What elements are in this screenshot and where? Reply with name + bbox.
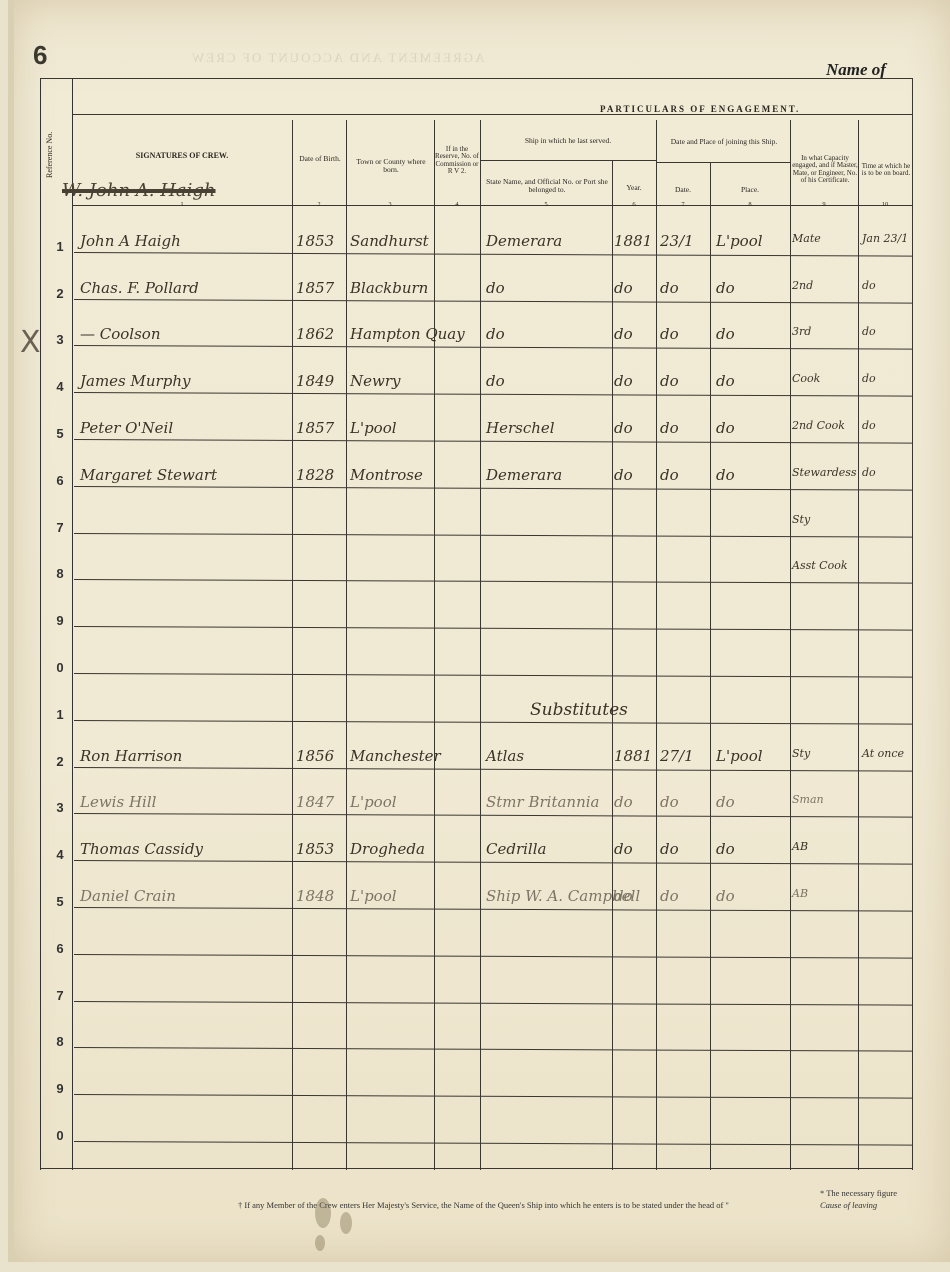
cell-ship: Cedrilla [486,840,546,858]
reference-number: 3 [50,800,70,815]
cell-dob: 1847 [296,793,334,811]
cell-place: do [716,793,735,811]
joining-group-rule [656,162,790,163]
ink-stain [315,1198,331,1228]
cell-year: do [614,325,633,343]
cell-capacity: Sman [792,793,824,806]
cell-year: do [614,840,633,858]
cell-year: do [614,466,633,484]
top-rule [40,78,913,79]
col-number: 6 [612,201,656,208]
cell-dob: 1857 [296,419,334,437]
cell-dob: 1853 [296,840,334,858]
cell-capacity: 2nd [792,279,813,292]
col-number: 4 [434,201,480,208]
col-header-dob: Date of Birth. [294,155,346,163]
reference-number: 0 [50,1128,70,1143]
cell-time: Jan 23/1 [862,232,908,245]
cell-ship: Stmr Britannia [486,793,600,811]
footnote-necessary-figure: * The necessary figure [820,1188,897,1198]
col-number: 2 [292,201,346,208]
cell-capacity: Mate [792,232,821,245]
reference-number: 9 [50,1081,70,1096]
header-rule [72,114,913,115]
cell-capacity: 2nd Cook [792,419,845,432]
cell-ship: Demerara [486,232,562,250]
cell-year: 1881 [614,747,652,765]
cell-name: — Coolson [80,325,161,343]
cell-date: do [660,466,679,484]
cell-born: L'pool [350,419,397,437]
cell-date: do [660,372,679,390]
cell-capacity: Stewardess [792,466,857,479]
cell-ship: do [486,279,505,297]
reference-number: 6 [50,941,70,956]
cell-dob: 1856 [296,747,334,765]
cell-time: do [862,279,876,292]
cell-year: do [614,372,633,390]
bleed-through-text: AGREEMENT AND ACCOUNT OF CREW [190,50,484,66]
cell-born: L'pool [350,793,397,811]
col-group-joining: Date and Place of joining this Ship. [658,138,790,146]
cell-name: Ron Harrison [80,747,182,765]
cell-place: do [716,887,735,905]
ink-stain [340,1212,352,1234]
cell-date: do [660,279,679,297]
cell-date: 27/1 [660,747,694,765]
cell-name: Thomas Cassidy [80,840,203,858]
cell-born: Manchester [350,747,434,765]
cell-date: do [660,325,679,343]
cell-ship: do [486,372,505,390]
reference-number: 2 [50,754,70,769]
col-number: 3 [346,201,434,208]
col-number: 5 [480,201,612,208]
col-header-signatures: SIGNATURES OF CREW. [72,152,292,160]
cell-place: do [716,325,735,343]
reference-number: 1 [50,707,70,722]
cell-capacity: AB [792,887,808,900]
reference-number: 3 [50,332,70,347]
footnote-main: † If any Member of the Crew enters Her M… [238,1200,729,1210]
cell-name: James Murphy [80,372,190,390]
cell-capacity: 3rd [792,325,811,338]
col-divider [612,160,613,1170]
cell-name: Chas. F. Pollard [80,279,199,297]
cell-year: do [614,419,633,437]
cell-time: do [862,466,876,479]
reference-number: 7 [50,988,70,1003]
footnote-cause-of-leaving: Cause of leaving [820,1200,877,1210]
reference-number: 8 [50,566,70,581]
col-header-year: Year. [612,184,656,192]
cell-name: Lewis Hill [80,793,156,811]
col-divider [480,120,481,1170]
ship-group-rule [480,160,656,161]
cell-date: 23/1 [660,232,694,250]
col-divider [656,120,657,1170]
cell-date: do [660,840,679,858]
col-number: 1 [72,201,292,208]
cell-ship: Substitutes [530,700,628,720]
cell-place: do [716,466,735,484]
cell-place: L'pool [716,232,763,250]
cell-name: John A Haigh [80,232,181,250]
cell-born: Sandhurst [350,232,429,250]
reference-number: 5 [50,426,70,441]
cell-dob: 1862 [296,325,334,343]
cell-ship: Demerara [486,466,562,484]
reference-number: 6 [50,473,70,488]
cell-capacity: AB [792,840,808,853]
reference-number: 7 [50,520,70,535]
cell-capacity: Sty [792,513,810,526]
cell-dob: 1848 [296,887,334,905]
reference-number: 9 [50,613,70,628]
margin-cross-mark: X [20,325,41,360]
ink-stain [315,1235,325,1251]
cell-year: do [614,887,633,905]
section-heading: PARTICULARS OF ENGAGEMENT. [600,104,800,114]
cell-dob: 1853 [296,232,334,250]
cell-born: Montrose [350,466,423,484]
col-number: 7 [656,201,710,208]
cell-date: do [660,887,679,905]
cell-born: Newry [350,372,401,390]
col-header-capacity: In what Capacity engaged, and if Master,… [792,155,858,184]
cell-name: Daniel Crain [80,887,176,905]
cell-ship: do [486,325,505,343]
cell-place: do [716,419,735,437]
cell-capacity: Cook [792,372,820,385]
col-header-born: Town or County where born. [348,158,434,174]
col-header-ship-name: State Name, and Official No. or Port she… [482,178,612,194]
cell-time: do [862,419,876,432]
struck-header-signature: W. John A. Haigh [62,180,216,201]
col-group-ship: Ship in which he last served. [480,137,656,145]
col-header-place: Place. [710,186,790,194]
cell-time: do [862,325,876,338]
cell-capacity: Asst Cook [792,559,847,572]
cell-year: 1881 [614,232,652,250]
cell-born: Blackburn [350,279,428,297]
cell-dob: 1828 [296,466,334,484]
reference-number: 4 [50,847,70,862]
col-number: 9 [790,201,858,208]
bottom-rule [40,1168,913,1169]
col-divider [790,120,791,1170]
reference-number: 0 [50,660,70,675]
cell-dob: 1849 [296,372,334,390]
cell-time: do [862,372,876,385]
col-header-time: Time at which he is to be on board. [860,163,912,178]
col-divider [912,78,913,1170]
col-divider [292,120,293,1170]
cell-name: Peter O'Neil [80,419,173,437]
reference-number: 1 [50,239,70,254]
col-divider [346,120,347,1170]
cell-born: Drogheda [350,840,425,858]
col-header-date: Date. [656,186,710,194]
reference-number: 4 [50,379,70,394]
cell-capacity: Sty [792,747,810,760]
col-divider [858,120,859,1170]
cell-date: do [660,793,679,811]
cell-born: Hampton Quay [350,325,434,343]
reference-number: 8 [50,1034,70,1049]
col-number: 10 [858,201,912,208]
cell-ship: Herschel [486,419,555,437]
cell-year: do [614,279,633,297]
cell-place: L'pool [716,747,763,765]
cell-time: At once [862,747,904,760]
cell-dob: 1857 [296,279,334,297]
cell-born: L'pool [350,887,397,905]
col-divider [434,120,435,1170]
col-number: 8 [710,201,790,208]
col-divider [710,162,711,1170]
page-number: 6 [33,40,47,71]
cell-ship: Ship W. A. Campbell [486,887,612,905]
cell-year: do [614,793,633,811]
reference-number: 2 [50,286,70,301]
cell-ship: Atlas [486,747,524,765]
cell-date: do [660,419,679,437]
page-title-fragment: Name of [826,60,886,80]
cell-place: do [716,840,735,858]
col-header-reserve: If in the Reserve, No. of Commission or … [434,146,480,175]
cell-name: Margaret Stewart [80,466,217,484]
reference-number: 5 [50,894,70,909]
cell-place: do [716,372,735,390]
cell-place: do [716,279,735,297]
